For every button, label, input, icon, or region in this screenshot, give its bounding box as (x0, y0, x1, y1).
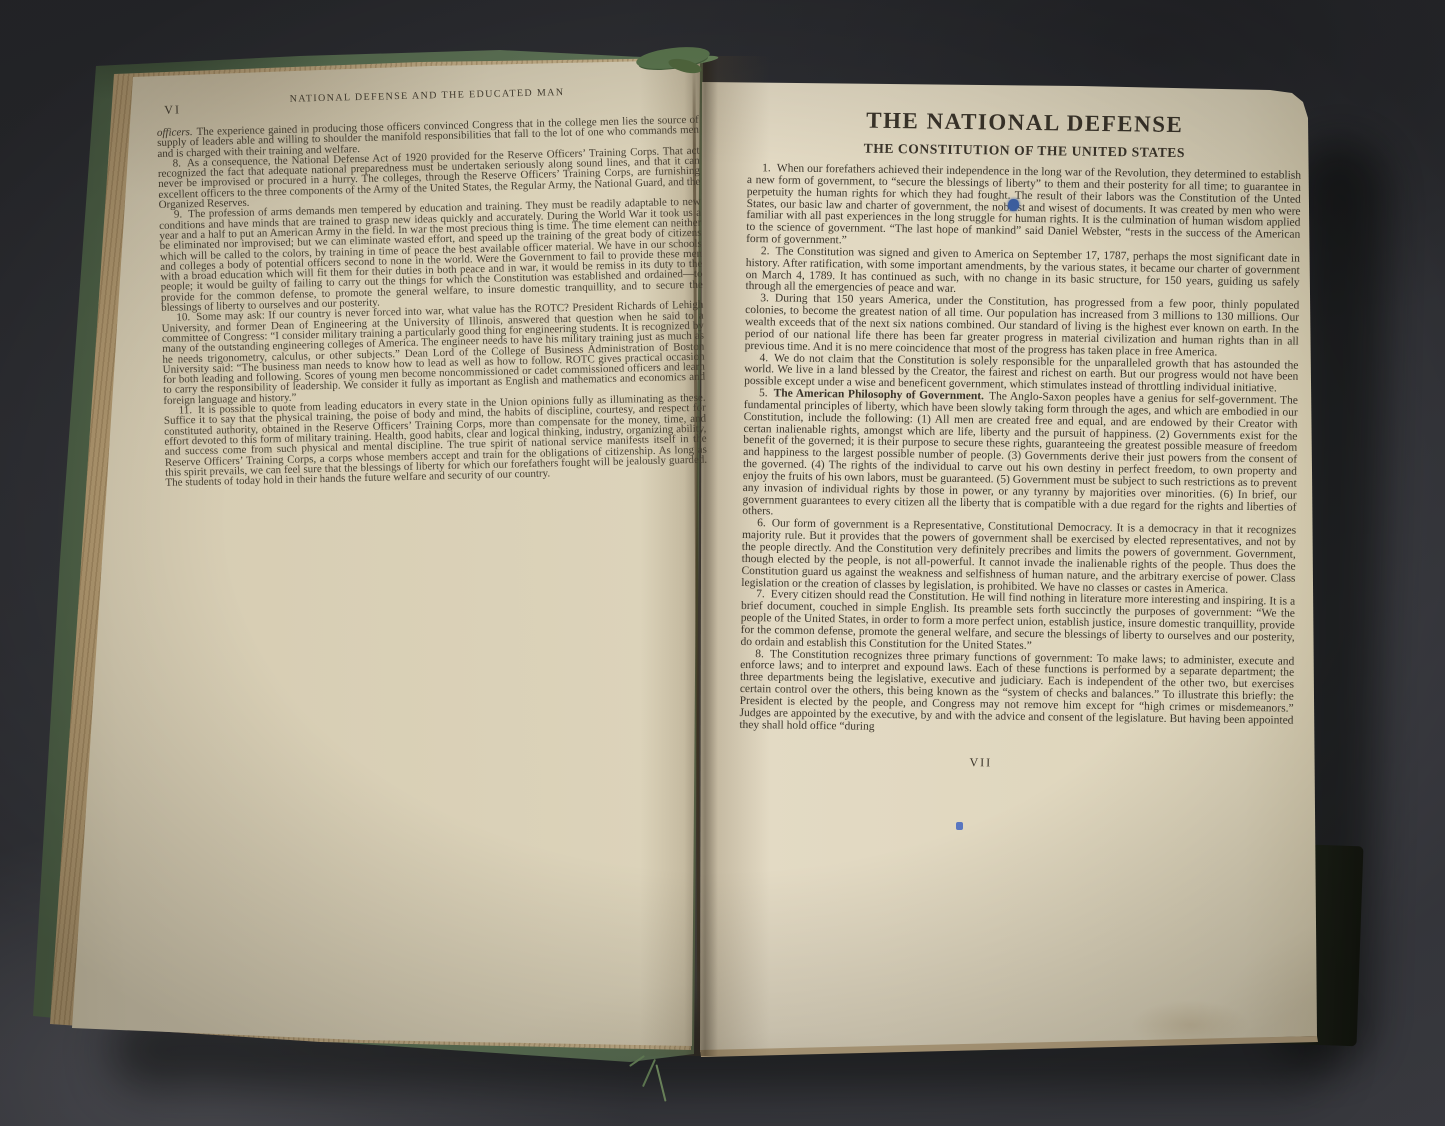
paragraph: 5.The American Philosophy of Government.… (742, 388, 1298, 526)
paragraph: 11.It is possible to quote from leading … (164, 393, 708, 489)
paragraph: 8.The Constitution recognizes three prim… (739, 649, 1294, 740)
paragraph-number: 5. (759, 387, 768, 399)
paragraph-text: During that 150 years America, under the… (745, 293, 1300, 359)
paragraph-number: 3. (760, 292, 769, 304)
paragraph: 6.Our form of government is a Representa… (741, 518, 1296, 597)
paragraph-number: 4. (759, 352, 768, 364)
right-page-text: THE NATIONAL DEFENSE THE CONSTITUTION OF… (739, 106, 1302, 773)
paragraph-text: The Constitution recognizes three primar… (739, 648, 1294, 733)
paragraph: 1.When our forefathers achieved their in… (746, 163, 1301, 254)
paragraph: 10.Some may ask: If our country is never… (161, 300, 705, 406)
paragraph-text: The Anglo-Saxon peoples have a genius fo… (742, 390, 1298, 517)
paragraph-text: When our forefathers achieved their inde… (746, 162, 1301, 246)
paragraph-text: Every citizen should read the Constituti… (740, 589, 1295, 652)
paragraph-number: 8. (755, 648, 764, 660)
paragraph-text: Our form of government is a Representati… (741, 518, 1296, 596)
paragraph-number: 6. (757, 517, 766, 529)
paragraph: 7.Every citizen should read the Constitu… (740, 589, 1295, 656)
paragraph: 3.During that 150 years America, under t… (745, 293, 1300, 360)
left-page-text: VI NATIONAL DEFENSE AND THE EDUCATED MAN… (156, 83, 707, 489)
paragraph-text: Some may ask: If our country is never fo… (162, 299, 706, 407)
chapter-subtitle: THE CONSTITUTION OF THE UNITED STATES (747, 139, 1301, 162)
paragraph-number: 1. (762, 162, 771, 174)
book-photo: VI NATIONAL DEFENSE AND THE EDUCATED MAN… (0, 0, 1445, 1126)
paragraph: 9.The profession of arms demands men tem… (159, 197, 703, 313)
blue-ink-mark (956, 822, 963, 830)
paragraph-text: The Constitution was signed and given to… (745, 245, 1300, 295)
paragraph-number: 2. (761, 245, 770, 257)
paragraph-text: It is possible to quote from leading edu… (164, 392, 707, 489)
paragraph-number: 7. (756, 589, 765, 601)
paper-stain (1130, 1000, 1250, 1050)
paragraph-text: The profession of arms demands men tempe… (159, 196, 703, 314)
